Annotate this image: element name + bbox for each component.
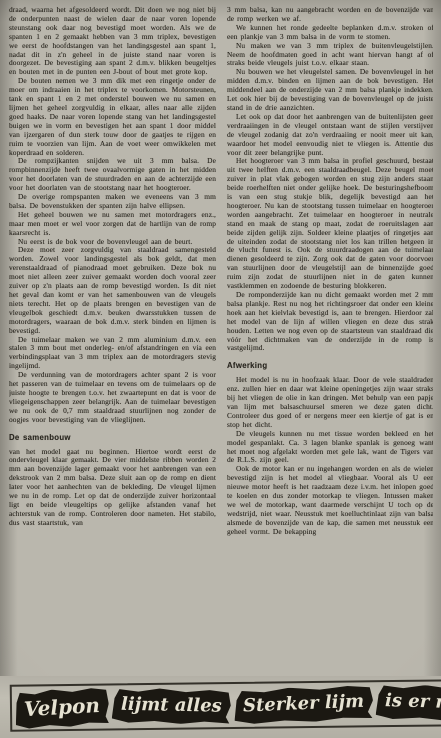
paragraph: van het model gaat nu beginnen. Hiertoe …	[9, 448, 216, 528]
advert-strip: Velponlijmt allesSterker lijmis er niet …	[0, 676, 441, 738]
left-column: draad, waarna het afgesoldeerd wordt. Di…	[9, 6, 216, 674]
section-heading: Afwerking	[227, 362, 433, 371]
paragraph: We kunnen het ronde gedeelte beplanken d…	[227, 24, 433, 42]
ad-panel: lijmt alles	[112, 688, 231, 725]
ad-panel: Velpon	[14, 686, 110, 729]
magazine-page: draad, waarna het afgesoldeerd wordt. Di…	[0, 0, 441, 738]
paragraph: De rompzijkanten snijden we uit 3 mm bal…	[9, 157, 216, 193]
paragraph: Deze moet zeer zorgvuldig van staaldraad…	[9, 246, 216, 335]
paragraph: De verdunning van de motordragers achter…	[9, 371, 216, 424]
ad-panel: is er niet !	[375, 684, 441, 722]
paragraph: Let ook op dat door het aanbrengen van d…	[227, 113, 433, 158]
paragraph: Nu bouwen we het vleugelstel samen. De b…	[227, 68, 433, 113]
paragraph: Het hoogteroer van 3 mm balsa in profiel…	[227, 157, 433, 291]
ad-panel: Sterker lijm	[233, 684, 373, 725]
paragraph: Het geheel bouwen we nu samen met motord…	[9, 211, 216, 238]
section-heading: De samenbouw	[9, 434, 216, 443]
paragraph: 3 mm balsa, kan nu aangebracht worden en…	[227, 6, 433, 24]
paragraph: Nu maken we van 3 mm triplex de buitenvl…	[227, 42, 433, 69]
paragraph: Het model is nu in hoofzaak klaar. Door …	[227, 376, 433, 429]
paragraph: De vleugels kunnen nu met tissue worden …	[227, 430, 433, 466]
velpon-ad: Velponlijmt allesSterker lijmis er niet …	[10, 679, 441, 731]
article-body: draad, waarna het afgesoldeerd wordt. Di…	[9, 6, 433, 674]
paragraph: Ook de motor kan er nu ingehangen worden…	[227, 465, 433, 536]
paragraph: draad, waarna het afgesoldeerd wordt. Di…	[9, 6, 216, 77]
paragraph: De overige rompspanten maken we eveneens…	[9, 193, 216, 211]
paragraph: De bouten nemen we 3 mm dik met een ring…	[9, 77, 216, 157]
right-column: 3 mm balsa, kan nu aangebracht worden en…	[227, 6, 433, 674]
paragraph: De tuimelaar maken we van 2 mm aluminium…	[9, 336, 216, 372]
paragraph: De romponderzijde kan nu dicht gemaakt w…	[227, 291, 433, 353]
